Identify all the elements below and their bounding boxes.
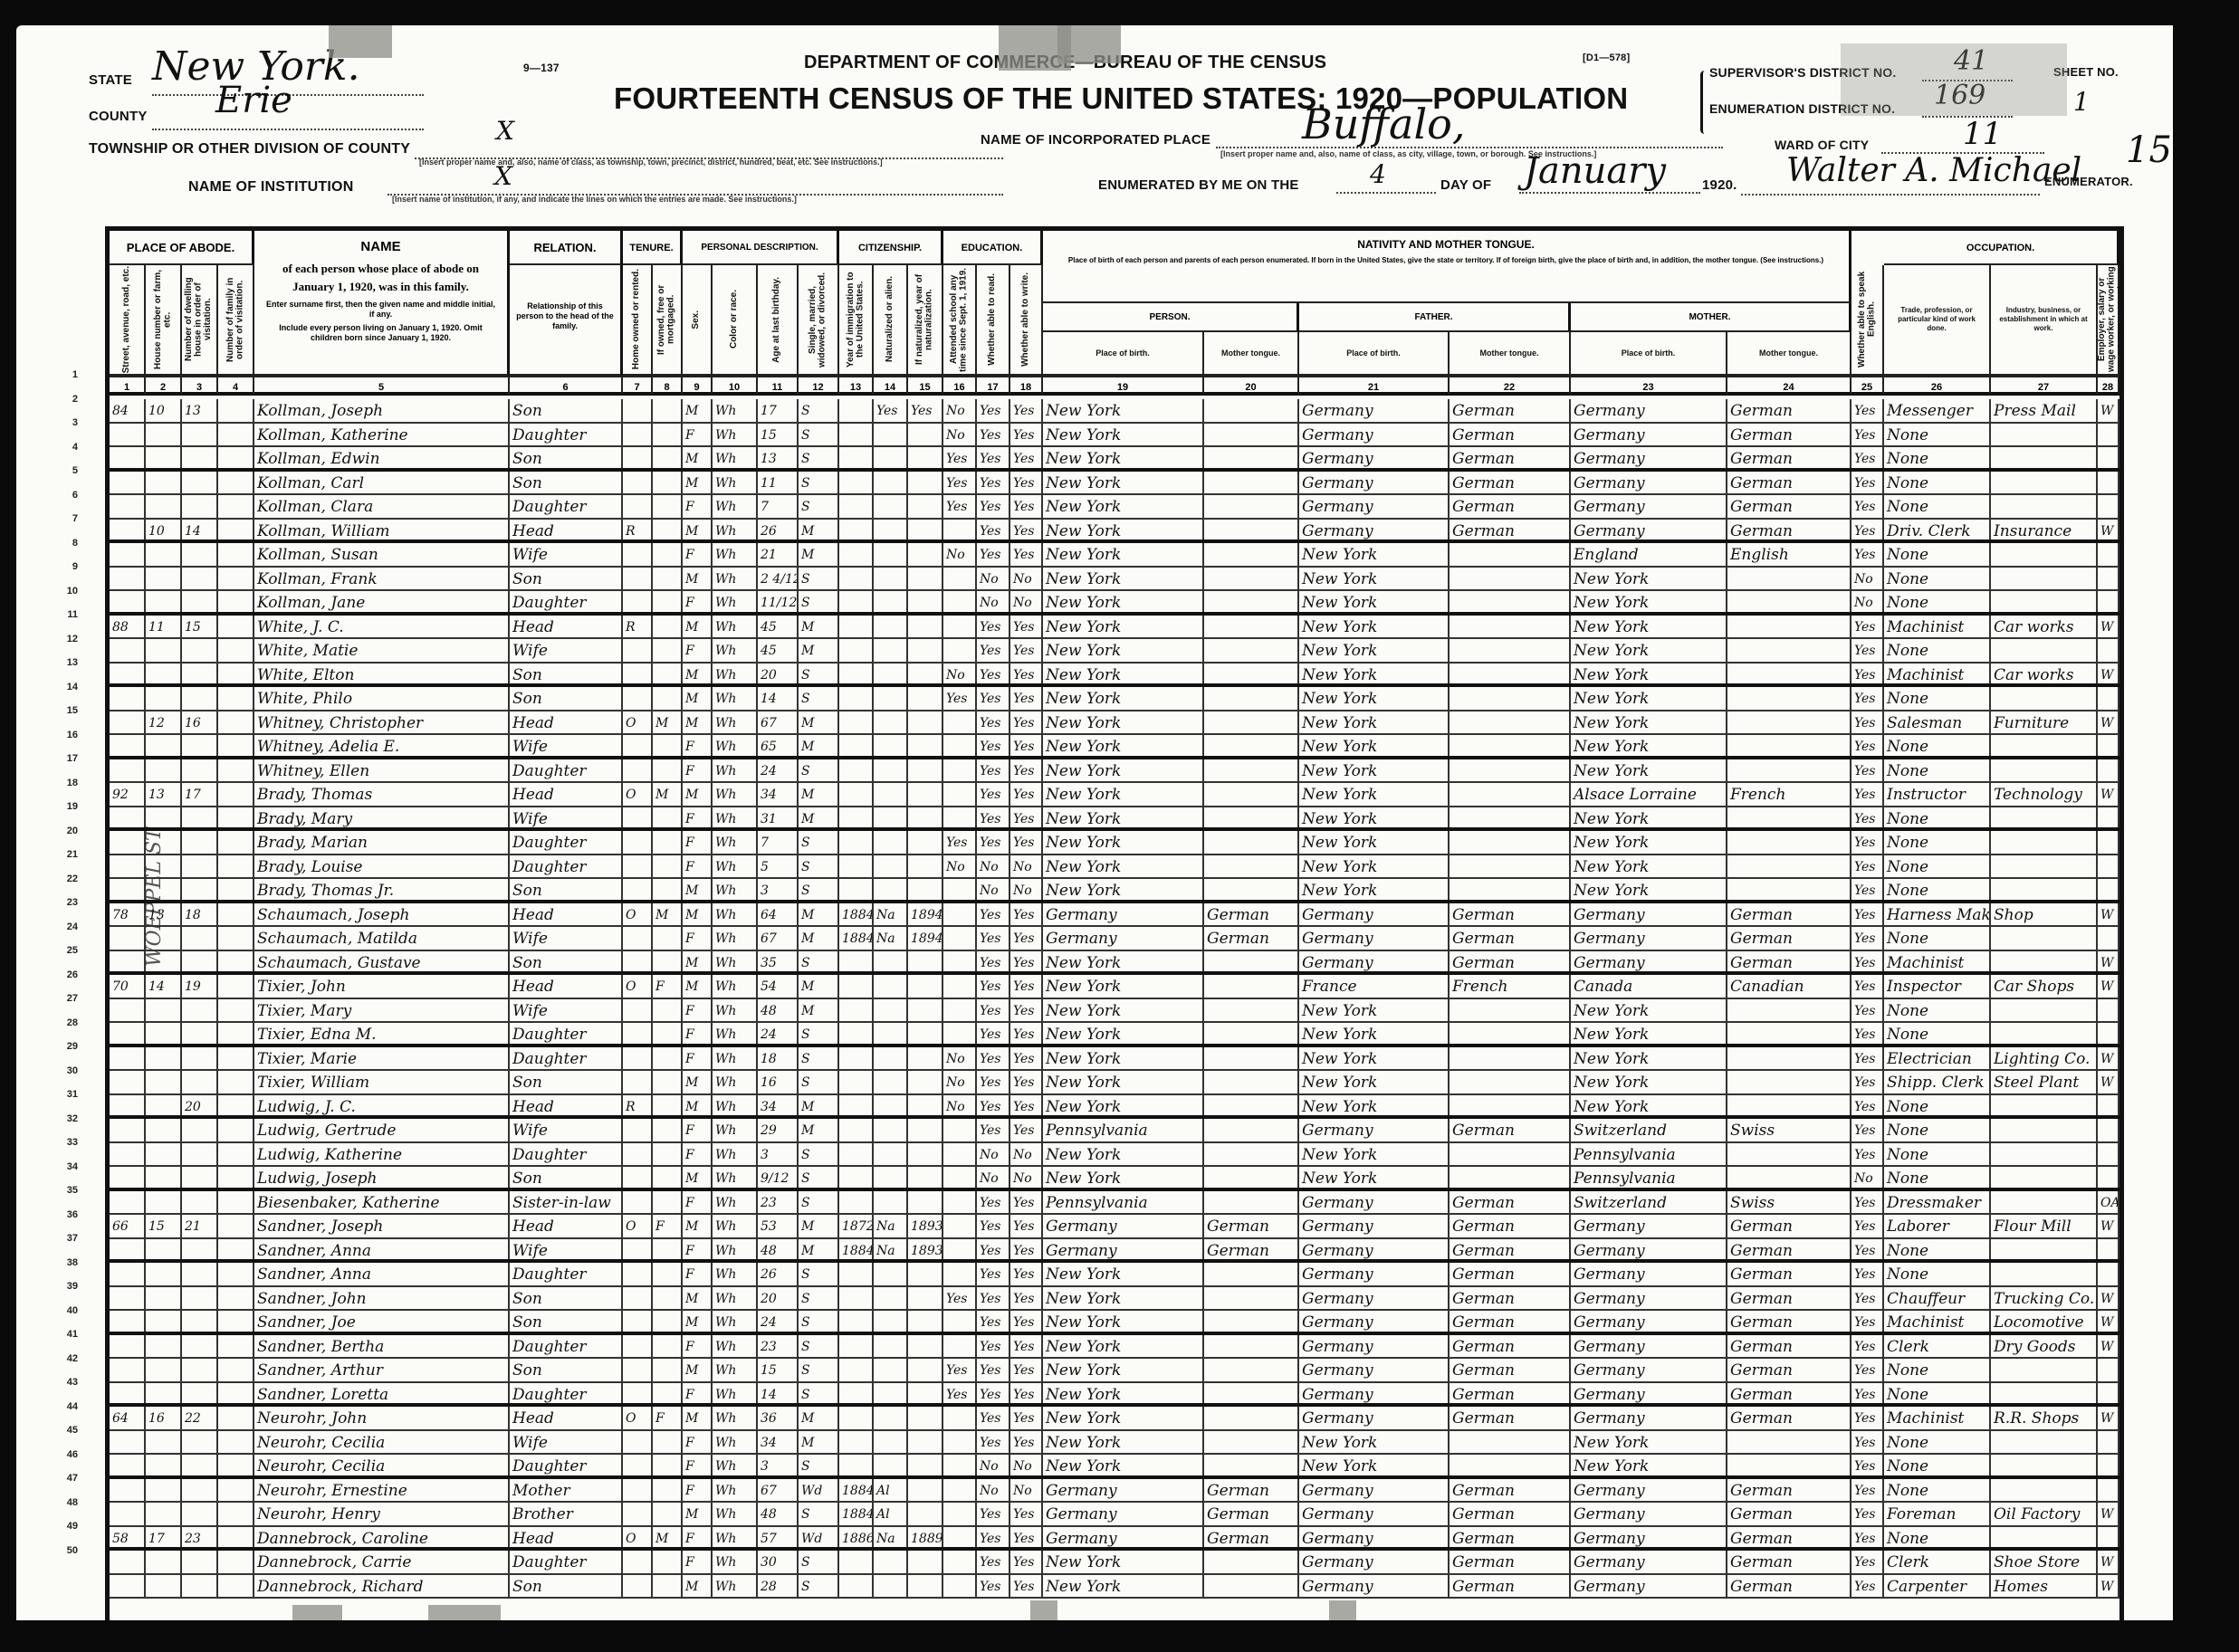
cell-age: 13 — [758, 447, 799, 468]
cell-house: 66 — [110, 1215, 146, 1237]
cell-employer — [2098, 735, 2119, 756]
cell-marital: S — [799, 495, 839, 518]
incorporated-label: NAME OF INCORPORATED PLACE — [981, 132, 1210, 148]
cell-age: 35 — [758, 951, 799, 972]
cell-nat — [874, 639, 908, 662]
cell-name: Schaumach, Matilda — [254, 927, 510, 950]
cell-english: Yes — [1851, 807, 1884, 828]
line-number: 31 — [42, 1089, 78, 1113]
cell-read: Yes — [977, 1263, 1010, 1285]
table-row: Ludwig, KatherineDaughterFWh3SNoNoNew Yo… — [110, 1143, 2119, 1168]
cell-relation: Son — [510, 664, 623, 684]
line-number: 27 — [42, 993, 78, 1017]
cell-house — [110, 1047, 146, 1070]
cell-mort — [653, 831, 683, 854]
cell-blank — [218, 447, 254, 468]
cell-ftongue — [1450, 639, 1571, 662]
cell-home — [623, 1479, 653, 1502]
cell-sex: M — [683, 903, 713, 926]
cell-employer: W — [2098, 399, 2119, 422]
cell-tongue — [1204, 951, 1299, 972]
cell-family: 17 — [182, 783, 218, 806]
cell-immig: 1884 — [839, 927, 874, 950]
cell-relation: Head — [510, 903, 623, 926]
cell-house — [110, 1167, 146, 1188]
cell-english: Yes — [1851, 1215, 1884, 1237]
cell-nat — [874, 664, 908, 684]
cell-mpob: Germany — [1571, 1287, 1727, 1310]
cell-mtongue — [1727, 735, 1851, 756]
cell-trade: None — [1884, 1095, 1991, 1116]
cell-relation: Daughter — [510, 831, 623, 854]
cell-ftongue: German — [1450, 1239, 1571, 1260]
cell-marital: S — [799, 879, 839, 900]
cell-natyear — [908, 1575, 943, 1598]
cell-mpob: New York — [1571, 591, 1727, 612]
cell-natyear — [908, 1503, 943, 1525]
cell-write: Yes — [1010, 783, 1043, 806]
cell-ftongue: German — [1450, 1575, 1571, 1598]
column-number-25: 25 — [1851, 376, 1884, 396]
cell-house — [110, 759, 146, 782]
cell-home: O — [623, 783, 653, 806]
column-header-label: Mother tongue. — [1221, 349, 1280, 358]
cell-blank — [218, 1143, 254, 1166]
cell-natyear: 1889 — [908, 1527, 943, 1548]
column-header-label: Year of immigration to the United States… — [847, 265, 866, 374]
cell-color: Wh — [713, 687, 758, 710]
cell-marital: S — [799, 664, 839, 684]
cell-blank — [218, 1527, 254, 1548]
column-number-23: 23 — [1571, 376, 1727, 396]
cell-tongue: German — [1204, 903, 1299, 926]
cell-trade: Salesman — [1884, 711, 1991, 734]
cell-tongue — [1204, 495, 1299, 518]
cell-write: Yes — [1010, 399, 1043, 422]
column-header-label: Whether able to speak English. — [1858, 265, 1877, 374]
cell-trade: None — [1884, 1023, 1991, 1044]
cell-blank — [218, 543, 254, 566]
cell-school: Yes — [943, 687, 977, 710]
cell-tongue — [1204, 687, 1299, 710]
cell-mpob: New York — [1571, 759, 1727, 782]
cell-pob: New York — [1043, 616, 1204, 638]
cell-house — [110, 1071, 146, 1093]
cell-home: R — [623, 520, 653, 540]
cell-marital: M — [799, 520, 839, 540]
cell-blank — [218, 1047, 254, 1070]
cell-age: 18 — [758, 1047, 799, 1070]
cell-immig — [839, 711, 874, 734]
cell-blank — [218, 616, 254, 638]
cell-mtongue: German — [1727, 1263, 1851, 1285]
table-row: Neurohr, CeciliaWifeFWh34MYesYesNew York… — [110, 1431, 2119, 1456]
cell-tongue — [1204, 1023, 1299, 1044]
cell-sex: M — [683, 1575, 713, 1598]
cell-family: 19 — [182, 975, 218, 998]
cell-fpob: Germany — [1299, 424, 1450, 446]
cell-sex: F — [683, 1023, 713, 1044]
column-number-2: 2 — [146, 376, 182, 396]
cell-ftongue — [1450, 831, 1571, 854]
cell-fpob: Germany — [1299, 1527, 1450, 1548]
cell-home — [623, 568, 653, 590]
cell-sex: M — [683, 1503, 713, 1525]
cell-fpob: Germany — [1299, 903, 1450, 926]
cell-color: Wh — [713, 1503, 758, 1525]
table-row: Schaumach, MatildaWifeFWh67M1884Na1894Ye… — [110, 927, 2119, 951]
cell-natyear — [908, 1167, 943, 1188]
cell-industry — [1991, 447, 2098, 468]
cell-fpob: Germany — [1299, 1239, 1450, 1260]
cell-industry: Technology — [1991, 783, 2098, 806]
cell-sex: F — [683, 759, 713, 782]
cell-school — [943, 639, 977, 662]
cell-mort — [653, 1359, 683, 1381]
cell-school — [943, 1143, 977, 1166]
cell-home: O — [623, 1215, 653, 1237]
cell-marital: S — [799, 1455, 839, 1475]
group-occupation: OCCUPATION. — [1884, 231, 2119, 265]
cell-write: Yes — [1010, 424, 1043, 446]
cell-trade: Inspector — [1884, 975, 1991, 998]
cell-tongue — [1204, 807, 1299, 828]
cell-mort — [653, 591, 683, 612]
cell-trade: Clerk — [1884, 1551, 1991, 1573]
cell-name: Brady, Thomas Jr. — [254, 879, 510, 900]
cell-natyear: 1894 — [908, 927, 943, 950]
cell-mpob: New York — [1571, 855, 1727, 878]
cell-home — [623, 1575, 653, 1598]
column-number-28: 28 — [2098, 376, 2119, 396]
cell-marital: S — [799, 1383, 839, 1404]
cell-fpob: New York — [1299, 591, 1450, 612]
cell-trade: None — [1884, 855, 1991, 878]
line-number: 50 — [42, 1545, 78, 1570]
cell-tongue — [1204, 520, 1299, 540]
cell-sex: M — [683, 951, 713, 972]
cell-name: Brady, Thomas — [254, 783, 510, 806]
cell-house — [110, 1551, 146, 1573]
cell-marital: S — [799, 1335, 839, 1358]
cell-pob: New York — [1043, 495, 1204, 518]
cell-trade: None — [1884, 543, 1991, 566]
ward-label: WARD OF CITY — [1775, 138, 1869, 152]
cell-trade: Foreman — [1884, 1503, 1991, 1525]
cell-blank — [218, 1359, 254, 1381]
cell-natyear — [908, 1551, 943, 1573]
cell-ftongue — [1450, 759, 1571, 782]
cell-blank — [218, 1071, 254, 1093]
cell-immig — [839, 999, 874, 1022]
cell-dwelling — [146, 495, 182, 518]
cell-nat: Yes — [874, 399, 908, 422]
table-row: White, PhiloSonMWh14SYesYesYesNew YorkNe… — [110, 687, 2119, 711]
cell-age: 16 — [758, 1071, 799, 1093]
cell-english: Yes — [1851, 1383, 1884, 1404]
cell-sex: M — [683, 879, 713, 900]
cell-ftongue — [1450, 999, 1571, 1022]
township-note: [Insert proper name and, also, name of c… — [419, 158, 883, 167]
cell-color: Wh — [713, 1359, 758, 1381]
cell-name: Neurohr, Henry — [254, 1503, 510, 1525]
cell-house — [110, 711, 146, 734]
cell-ftongue: German — [1450, 447, 1571, 468]
cell-sex: F — [683, 1239, 713, 1260]
cell-family — [182, 807, 218, 828]
cell-mort — [653, 1263, 683, 1285]
cell-mort — [653, 1239, 683, 1260]
cell-marital: S — [799, 1503, 839, 1525]
cell-write: Yes — [1010, 927, 1043, 950]
cell-read: Yes — [977, 1071, 1010, 1093]
cell-marital: S — [799, 1071, 839, 1093]
enumerator-label: ENUMERATOR. — [2044, 175, 2133, 188]
cell-home — [623, 399, 653, 422]
cell-mtongue: German — [1727, 1527, 1851, 1548]
cell-ftongue — [1450, 1071, 1571, 1093]
cell-dwelling — [146, 759, 182, 782]
cell-pob: New York — [1043, 759, 1204, 782]
cell-mtongue — [1727, 639, 1851, 662]
nativity-heading: NATIVITY AND MOTHER TONGUE. — [1043, 238, 1849, 251]
cell-blank — [218, 735, 254, 756]
cell-nat — [874, 951, 908, 972]
cell-house: 70 — [110, 975, 146, 998]
cell-school: No — [943, 855, 977, 878]
cell-dwelling — [146, 1023, 182, 1044]
cell-sex: F — [683, 591, 713, 612]
cell-mort: F — [653, 975, 683, 998]
cell-blank — [218, 568, 254, 590]
cell-immig — [839, 591, 874, 612]
cell-relation: Daughter — [510, 1455, 623, 1475]
cell-school — [943, 568, 977, 590]
cell-relation: Son — [510, 1071, 623, 1093]
cell-tongue — [1204, 591, 1299, 612]
cell-fpob: New York — [1299, 807, 1450, 828]
cell-industry — [1991, 1239, 2098, 1260]
cell-house: 78 — [110, 903, 146, 926]
column-header-label: Whether able to write. — [1021, 272, 1031, 367]
cell-immig — [839, 1431, 874, 1454]
cell-read: Yes — [977, 807, 1010, 828]
cell-english: Yes — [1851, 1335, 1884, 1358]
cell-sex: M — [683, 1095, 713, 1116]
cell-house: 58 — [110, 1527, 146, 1548]
cell-color: Wh — [713, 664, 758, 684]
cell-relation: Son — [510, 1311, 623, 1332]
cell-ftongue: German — [1450, 1215, 1571, 1237]
cell-name: Tixier, William — [254, 1071, 510, 1093]
cell-marital: S — [799, 472, 839, 494]
cell-family — [182, 1383, 218, 1404]
cell-employer: W — [2098, 951, 2119, 972]
cell-color: Wh — [713, 1119, 758, 1141]
cell-employer: W — [2098, 1551, 2119, 1573]
cell-tongue — [1204, 616, 1299, 638]
cell-dwelling — [146, 1071, 182, 1093]
cell-family — [182, 1119, 218, 1141]
cell-house — [110, 1119, 146, 1141]
cell-employer — [2098, 1431, 2119, 1454]
table-row: 1216Whitney, ChristopherHeadOMMWh67MYesY… — [110, 711, 2119, 736]
cell-dwelling — [146, 687, 182, 710]
column-header-label: Number of dwelling house in order of vis… — [185, 265, 214, 374]
cell-natyear — [908, 1023, 943, 1044]
cell-immig — [839, 495, 874, 518]
cell-write: Yes — [1010, 1383, 1043, 1404]
cell-relation: Son — [510, 568, 623, 590]
cell-color: Wh — [713, 1335, 758, 1358]
cell-tongue — [1204, 1431, 1299, 1454]
cell-sex: M — [683, 1215, 713, 1237]
cell-sex: M — [683, 568, 713, 590]
cell-relation: Son — [510, 399, 623, 422]
cell-age: 31 — [758, 807, 799, 828]
cell-age: 34 — [758, 1431, 799, 1454]
group-person: PERSON. — [1043, 303, 1299, 332]
cell-school — [943, 1527, 977, 1548]
cell-mort: M — [653, 783, 683, 806]
cell-mort — [653, 1575, 683, 1598]
cell-immig — [839, 520, 874, 540]
cell-employer: W — [2098, 1575, 2119, 1598]
column-number-24: 24 — [1727, 376, 1851, 396]
cell-write: Yes — [1010, 1263, 1043, 1285]
page-stamp: 15 — [2126, 129, 2172, 171]
cell-english: Yes — [1851, 495, 1884, 518]
cell-name: Dannebrock, Carrie — [254, 1551, 510, 1573]
cell-house: 88 — [110, 616, 146, 638]
cell-age: 17 — [758, 399, 799, 422]
line-number: 25 — [42, 945, 78, 969]
table-row: Sandner, AnnaWifeFWh48M1884Na1893YesYesG… — [110, 1239, 2119, 1264]
cell-house: 84 — [110, 399, 146, 422]
cell-mpob: Switzerland — [1571, 1119, 1727, 1141]
cell-nat — [874, 831, 908, 854]
cell-color: Wh — [713, 831, 758, 854]
column-number-11: 11 — [758, 376, 799, 396]
cell-name: Ludwig, Gertrude — [254, 1119, 510, 1141]
cell-employer: W — [2098, 1503, 2119, 1525]
cell-house — [110, 1311, 146, 1332]
cell-read: Yes — [977, 759, 1010, 782]
group-name: NAME of each person whose place of abode… — [254, 231, 510, 376]
county-label: COUNTY — [89, 109, 148, 124]
cell-pob: New York — [1043, 591, 1204, 612]
cell-home — [623, 1311, 653, 1332]
cell-mpob: Germany — [1571, 1503, 1727, 1525]
cell-sex: M — [683, 399, 713, 422]
line-number: 20 — [42, 826, 78, 850]
cell-mort — [653, 1119, 683, 1141]
cell-family: 15 — [182, 616, 218, 638]
cell-ftongue: German — [1450, 1527, 1571, 1548]
cell-blank — [218, 951, 254, 972]
cell-name: Neurohr, Cecilia — [254, 1431, 510, 1454]
cell-blank — [218, 783, 254, 806]
cell-nat — [874, 1119, 908, 1141]
cell-family — [182, 1143, 218, 1166]
cell-mtongue — [1727, 568, 1851, 590]
line-number: 18 — [42, 778, 78, 802]
cell-industry: Steel Plant — [1991, 1071, 2098, 1093]
enumerated-year: 1920. — [1702, 177, 1737, 193]
cell-mpob: Germany — [1571, 447, 1727, 468]
cell-sex: F — [683, 1143, 713, 1166]
cell-employer — [2098, 999, 2119, 1022]
column-header-8: If owned, free or mortgaged. — [653, 265, 683, 376]
cell-sex: F — [683, 1335, 713, 1358]
cell-nat — [874, 1335, 908, 1358]
cell-blank — [218, 711, 254, 734]
cell-mpob: Germany — [1571, 1407, 1727, 1429]
cell-mtongue — [1727, 879, 1851, 900]
cell-nat — [874, 1287, 908, 1310]
enumerated-day-line — [1336, 177, 1436, 194]
cell-age: 23 — [758, 1335, 799, 1358]
cell-ftongue — [1450, 1143, 1571, 1166]
cell-school — [943, 903, 977, 926]
cell-tongue — [1204, 783, 1299, 806]
cell-relation: Daughter — [510, 1335, 623, 1358]
cell-industry — [1991, 951, 2098, 972]
group-tenure: TENURE. — [623, 231, 683, 265]
cell-immig — [839, 639, 874, 662]
cell-family: 16 — [182, 711, 218, 734]
cell-relation: Head — [510, 520, 623, 540]
cell-tongue — [1204, 1455, 1299, 1475]
cell-age: 24 — [758, 1311, 799, 1332]
cell-name: Biesenbaker, Katherine — [254, 1191, 510, 1214]
cell-family: 13 — [182, 399, 218, 422]
cell-relation: Daughter — [510, 1143, 623, 1166]
column-header-label: Place of birth. — [1346, 349, 1401, 358]
cell-trade: Machinist — [1884, 664, 1991, 684]
cell-marital: M — [799, 543, 839, 566]
cell-read: Yes — [977, 424, 1010, 446]
cell-immig — [839, 1359, 874, 1381]
cell-blank — [218, 424, 254, 446]
cell-pob: Germany — [1043, 1527, 1204, 1548]
column-number-7: 7 — [623, 376, 653, 396]
cell-english: Yes — [1851, 543, 1884, 566]
district-brace — [1700, 71, 1708, 134]
cell-relation: Mother — [510, 1479, 623, 1502]
cell-immig — [839, 424, 874, 446]
cell-mtongue: French — [1727, 783, 1851, 806]
cell-mort — [653, 1311, 683, 1332]
cell-nat — [874, 1407, 908, 1429]
cell-color: Wh — [713, 424, 758, 446]
cell-english: Yes — [1851, 1359, 1884, 1381]
cell-immig — [839, 1551, 874, 1573]
column-number-3: 3 — [182, 376, 218, 396]
cell-read: Yes — [977, 1095, 1010, 1116]
cell-blank — [218, 975, 254, 998]
cell-employer — [2098, 1119, 2119, 1141]
cell-fpob: Germany — [1299, 447, 1450, 468]
cell-trade: None — [1884, 1263, 1991, 1285]
cell-employer — [2098, 472, 2119, 494]
column-number-5: 5 — [254, 376, 510, 396]
cell-english: Yes — [1851, 1575, 1884, 1598]
cell-age: 57 — [758, 1527, 799, 1548]
cell-tongue — [1204, 1047, 1299, 1070]
column-header-22: Mother tongue. — [1450, 332, 1571, 376]
cell-tongue — [1204, 711, 1299, 734]
